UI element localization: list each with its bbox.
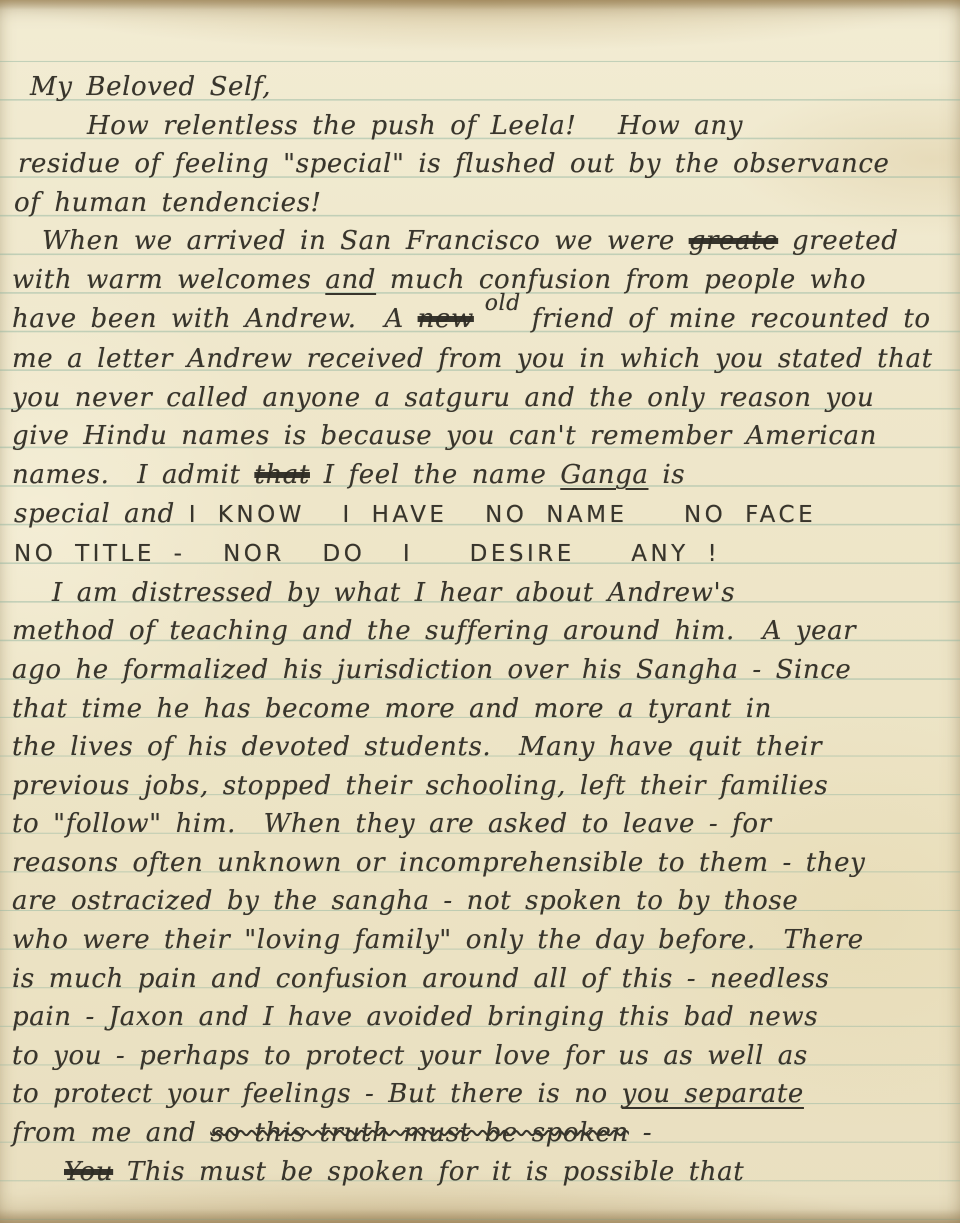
letter-line-21: reasons often unknown or incomprehensibl… xyxy=(12,844,960,883)
text-segment: pain - Jaxon and I have avoided bringing… xyxy=(12,1002,818,1032)
letter-line-3: residue of feeling "special" is flushed … xyxy=(12,145,960,184)
page-top-edge xyxy=(0,0,960,10)
text-segment: friend of mine recounted to xyxy=(518,304,931,334)
text-segment: This must be spoken for it is possible t… xyxy=(113,1157,744,1187)
letter-line-5: When we arrived in San Francisco we were… xyxy=(12,222,960,261)
text-segment-u: and xyxy=(325,265,376,295)
text-segment: have been with Andrew. A xyxy=(12,304,418,334)
letter-line-26: to you - perhaps to protect your love fo… xyxy=(12,1037,960,1076)
text-segment: I feel the name xyxy=(310,460,560,490)
text-segment-scrib: new xyxy=(418,304,474,334)
letter-line-4: of human tendencies! xyxy=(12,184,960,223)
letter-line-22: are ostracized by the sangha - not spoke… xyxy=(12,882,960,921)
letter-line-29: You This must be spoken for it is possib… xyxy=(12,1153,960,1192)
letter-line-24: is much pain and confusion around all of… xyxy=(12,960,960,999)
text-segment: you never called anyone a satguru and th… xyxy=(12,383,874,413)
text-segment: give Hindu names is because you can't re… xyxy=(12,421,877,451)
letter-line-15: method of teaching and the suffering aro… xyxy=(12,612,960,651)
text-segment-strike: so this truth must be spoken xyxy=(210,1118,629,1148)
text-segment: is xyxy=(648,460,685,490)
text-segment: of human tendencies! xyxy=(14,188,322,218)
text-segment: greeted xyxy=(778,226,898,256)
text-segment: much confusion from people who xyxy=(376,265,866,295)
letter-line-23: who were their "loving family" only the … xyxy=(12,921,960,960)
letter-line-11: names. I admit that I feel the name Gang… xyxy=(12,456,960,495)
text-segment: - xyxy=(629,1118,652,1148)
text-segment: ago he formalized his jurisdiction over … xyxy=(12,655,851,685)
letter-line-17: that time he has become more and more a … xyxy=(12,690,960,729)
text-segment: residue of feeling "special" is flushed … xyxy=(18,149,889,179)
text-segment: to "follow" him. When they are asked to … xyxy=(12,809,772,839)
letter-line-7: have been with Andrew. A new old friend … xyxy=(12,300,960,341)
letter-line-8: me a letter Andrew received from you in … xyxy=(12,340,960,379)
text-segment: to you - perhaps to protect your love fo… xyxy=(12,1041,808,1071)
letter-line-27: to protect your feelings - But there is … xyxy=(12,1075,960,1114)
text-segment-u: you separate xyxy=(622,1079,804,1109)
text-segment-scrib: greate xyxy=(689,226,778,256)
letter-line-18: the lives of his devoted students. Many … xyxy=(12,728,960,767)
letter-line-9: you never called anyone a satguru and th… xyxy=(12,379,960,418)
text-segment: me a letter Andrew received from you in … xyxy=(12,344,933,374)
text-segment: from me and xyxy=(12,1118,210,1148)
text-segment: are ostracized by the sangha - not spoke… xyxy=(12,886,798,916)
text-segment: the lives of his devoted students. Many … xyxy=(12,732,822,762)
letter-line-20: to "follow" him. When they are asked to … xyxy=(12,805,960,844)
text-segment: to protect your feelings - But there is … xyxy=(12,1079,622,1109)
text-segment: How relentless the push of Leela! How an… xyxy=(87,111,743,141)
letter-line-1: My Beloved Self, xyxy=(12,68,960,107)
text-segment: reasons often unknown or incomprehensibl… xyxy=(12,848,865,878)
letter-page: My Beloved Self,How relentless the push … xyxy=(0,0,960,1223)
text-segment: with warm welcomes xyxy=(12,265,325,295)
text-segment: names. I admit xyxy=(12,460,254,490)
text-segment: previous jobs, stopped their schooling, … xyxy=(12,771,828,801)
text-segment-u: Ganga xyxy=(560,460,648,490)
text-segment: that time he has become more and more a … xyxy=(12,694,772,724)
text-segment: special and xyxy=(14,499,189,529)
letter-line-12: special and I KNOW I HAVE NO NAME NO FAC… xyxy=(12,495,960,535)
text-segment: My Beloved Self, xyxy=(30,72,271,102)
page-bottom-edge xyxy=(0,1209,960,1223)
letter-line-25: pain - Jaxon and I have avoided bringing… xyxy=(12,998,960,1037)
letter-line-28: from me and so this truth must be spoken… xyxy=(12,1114,960,1153)
text-segment: I am distressed by what I hear about And… xyxy=(52,578,735,608)
letter-line-13: NO TITLE - NOR DO I DESIRE ANY ! xyxy=(12,534,960,574)
letter-line-19: previous jobs, stopped their schooling, … xyxy=(12,767,960,806)
letter-line-16: ago he formalized his jurisdiction over … xyxy=(12,651,960,690)
text-segment: is much pain and confusion around all of… xyxy=(12,964,829,994)
text-segment-scrib: that xyxy=(254,460,310,490)
text-segment-scrib: You xyxy=(64,1157,113,1187)
letter-lines: My Beloved Self,How relentless the push … xyxy=(12,68,960,1191)
text-segment: method of teaching and the suffering aro… xyxy=(12,616,856,646)
text-segment-caps: NO TITLE - NOR DO I DESIRE ANY ! xyxy=(14,541,720,567)
letter-line-10: give Hindu names is because you can't re… xyxy=(12,417,960,456)
text-segment: who were their "loving family" only the … xyxy=(12,925,864,955)
letter-line-2: How relentless the push of Leela! How an… xyxy=(12,107,960,146)
letter-line-14: I am distressed by what I hear about And… xyxy=(12,574,960,613)
text-segment: When we arrived in San Francisco we were xyxy=(42,226,689,256)
text-segment-ins: old xyxy=(485,285,521,324)
text-segment-caps: I KNOW I HAVE NO NAME NO FACE xyxy=(189,502,816,528)
